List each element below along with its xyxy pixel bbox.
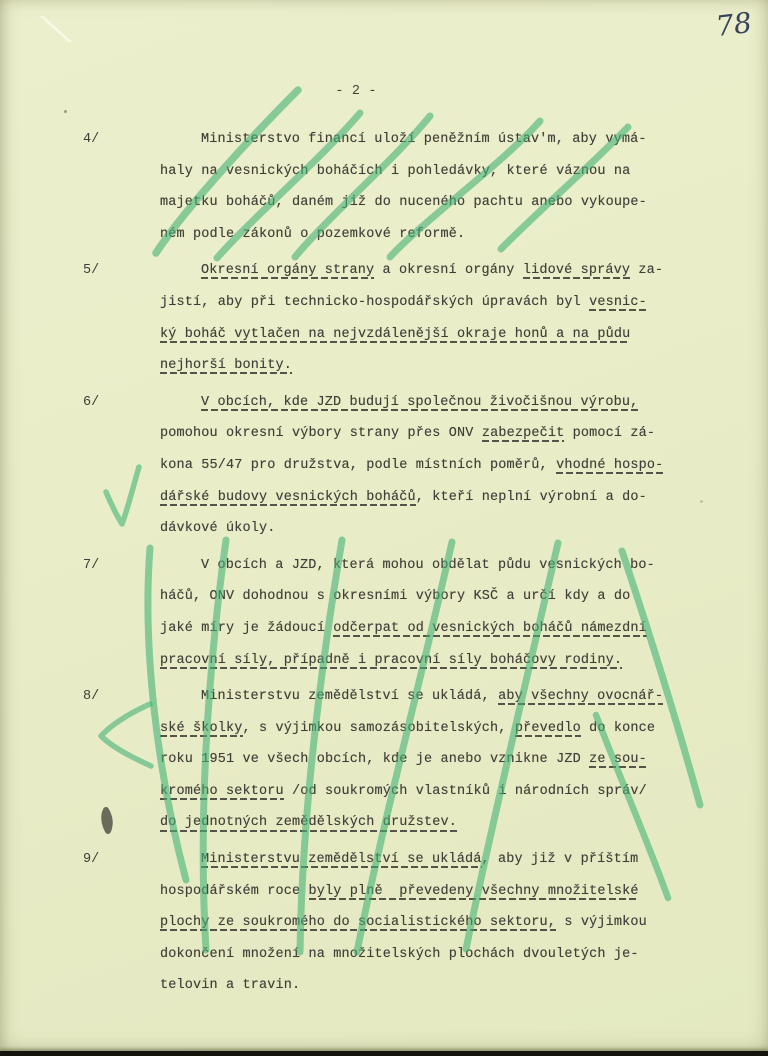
paper-scratch-mark [30, 16, 82, 42]
typed-page-number: - 2 - [0, 84, 712, 99]
typewritten-line: háčů, ONV dohodnou s okresními výbory KS… [160, 581, 700, 613]
paragraph: 5/Okresní orgány strany a okresní orgány… [160, 255, 700, 381]
text-segment: Ministerstvo financí uloží peněžním ústa… [201, 124, 647, 156]
paragraph-number: 7/ [83, 550, 99, 582]
typewritten-line: telovin a travin. [160, 970, 700, 1002]
text-segment: ném podle zákonů o pozemkové reformě. [160, 219, 465, 251]
underlined-text-segment: do jednotných zemědělských družstev. [160, 807, 457, 839]
crayon-checkmark-mark [106, 467, 139, 524]
text-segment: Ministerstvu zemědělství se ukládá, [201, 681, 498, 713]
typewritten-line: Ministerstvu zemědělství se ukládá, aby … [160, 844, 700, 876]
typewritten-text-block: 4/Ministerstvo financí uloží peněžním ús… [160, 124, 700, 1007]
typewritten-line: roku 1951 ve všech obcích, kde je anebo … [160, 744, 700, 776]
paragraph-number: 9/ [83, 844, 99, 876]
underlined-text-segment: pracovní síly, případně i pracovní síly … [160, 645, 622, 677]
text-segment: s výjimkou [556, 907, 647, 939]
handwritten-folio-number: 78 [714, 6, 753, 43]
scan-bottom-black-strip [0, 1051, 768, 1056]
text-segment: haly na vesnických boháčích i pohledávky… [160, 156, 630, 188]
typewritten-line: dářské budovy vesnických boháčů, kteří n… [160, 482, 700, 514]
typewritten-line: haly na vesnických boháčích i pohledávky… [160, 156, 700, 188]
text-segment: kona 55/47 pro družstva, podle místních … [160, 450, 556, 482]
text-segment: V obcích a JZD, která mohou obdělat půdu… [201, 550, 655, 582]
text-segment: dokončení množení na množitelských ploch… [160, 939, 639, 971]
typewritten-line: ném podle zákonů o pozemkové reformě. [160, 219, 700, 251]
paragraph: 9/Ministerstvu zemědělství se ukládá, ab… [160, 844, 700, 1002]
text-segment: majetku boháčů, daném již do nuceného pa… [160, 187, 647, 219]
paragraph-number: 4/ [83, 124, 99, 156]
crayon-smudge-mark [104, 810, 109, 831]
paragraph-number: 8/ [83, 681, 99, 713]
typewritten-line: kromého sektoru /od soukromých vlastníků… [160, 776, 700, 808]
typewritten-line: ký boháč vytlačen na nejvzdálenější okra… [160, 319, 700, 351]
underlined-text-segment: Okresní orgány strany [201, 255, 374, 287]
underlined-text-segment: lidové správy [523, 255, 630, 287]
underlined-text-segment: dářské budovy vesnických boháčů [160, 482, 416, 514]
underlined-text-segment: aby všechny ovocnář- [498, 681, 663, 713]
paragraph: 6/V obcích, kde JZD budují společnou živ… [160, 387, 700, 545]
typewritten-line: majetku boháčů, daném již do nuceného pa… [160, 187, 700, 219]
underlined-text-segment: Ministerstvu zemědělství se ukládá [201, 844, 482, 876]
text-segment: a okresní orgány [374, 255, 523, 287]
typewritten-line: kona 55/47 pro družstva, podle místních … [160, 450, 700, 482]
text-segment: /od soukromých vlastníků i národních spr… [284, 776, 647, 808]
text-segment: jistí, aby při technicko-hospodářských ú… [160, 287, 589, 319]
paper-speck [700, 500, 703, 503]
text-segment: dávkové úkoly. [160, 513, 276, 545]
text-segment: roku 1951 ve všech obcích, kde je anebo … [160, 744, 589, 776]
typewritten-line: jistí, aby při technicko-hospodářských ú… [160, 287, 700, 319]
paper-speck [64, 110, 67, 113]
underlined-text-segment: V obcích, kde JZD budují společnou živoč… [201, 387, 638, 419]
underlined-text-segment: zabezpečit [482, 418, 565, 450]
underlined-text-segment: plochy ze soukromého do socialistického … [160, 907, 556, 939]
typewritten-line: V obcích a JZD, která mohou obdělat půdu… [160, 550, 700, 582]
typewritten-line: do jednotných zemědělských družstev. [160, 807, 700, 839]
paragraph-number: 5/ [83, 255, 99, 287]
paragraph: 8/Ministerstvu zemědělství se ukládá, ab… [160, 681, 700, 839]
text-segment: pomohou okresní výbory strany přes ONV [160, 418, 482, 450]
typewritten-line: hospodářském roce byly plně převedeny vš… [160, 876, 700, 908]
text-segment: , aby již v příštím [482, 844, 639, 876]
underlined-text-segment: vesnic- [589, 287, 647, 319]
text-segment: pomocí zá- [564, 418, 655, 450]
typewritten-line: dávkové úkoly. [160, 513, 700, 545]
typewritten-line: dokončení množení na množitelských ploch… [160, 939, 700, 971]
underlined-text-segment: převedlo [515, 713, 581, 745]
underlined-text-segment: nejhorší bonity. [160, 350, 292, 382]
scanned-document-page: 78 - 2 - 4/Ministerstvo financí uloží pe… [0, 0, 768, 1056]
typewritten-line: pracovní síly, případně i pracovní síly … [160, 645, 700, 677]
underlined-text-segment: ské školky [160, 713, 243, 745]
text-segment: jaké míry je žádoucí [160, 613, 333, 645]
typewritten-line: ské školky, s výjimkou samozásobitelskýc… [160, 713, 700, 745]
typewritten-line: Okresní orgány strany a okresní orgány l… [160, 255, 700, 287]
text-segment: háčů, ONV dohodnou s okresními výbory KS… [160, 581, 630, 613]
underlined-text-segment: vhodné hospo- [556, 450, 663, 482]
paragraph: 4/Ministerstvo financí uloží peněžním ús… [160, 124, 700, 250]
underlined-text-segment: ký boháč vytlačen na nejvzdálenější okra… [160, 319, 630, 351]
text-segment: , s výjimkou samozásobitelských, [243, 713, 515, 745]
text-segment: telovin a travin. [160, 970, 300, 1002]
typewritten-line: V obcích, kde JZD budují společnou živoč… [160, 387, 700, 419]
text-segment: , kteří neplní výrobní a do- [416, 482, 647, 514]
crayon-angle-bracket-mark [101, 704, 151, 766]
text-segment: hospodářském roce [160, 876, 309, 908]
typewritten-line: Ministerstvo financí uloží peněžním ústa… [160, 124, 700, 156]
underlined-text-segment: ze sou- [589, 744, 647, 776]
underlined-text-segment: odčerpat od vesnických boháčů námezdní [333, 613, 647, 645]
typewritten-line: nejhorší bonity. [160, 350, 700, 382]
underlined-text-segment: kromého sektoru [160, 776, 284, 808]
typewritten-line: pomohou okresní výbory strany přes ONV z… [160, 418, 700, 450]
paragraph: 7/V obcích a JZD, která mohou obdělat pů… [160, 550, 700, 676]
underlined-text-segment: byly plně převedeny všechny množitelské [309, 876, 639, 908]
text-segment: do konce [581, 713, 655, 745]
typewritten-line: jaké míry je žádoucí odčerpat od vesnick… [160, 613, 700, 645]
text-segment: za- [630, 255, 663, 287]
paragraph-number: 6/ [83, 387, 99, 419]
typewritten-line: plochy ze soukromého do socialistického … [160, 907, 700, 939]
typewritten-line: Ministerstvu zemědělství se ukládá, aby … [160, 681, 700, 713]
